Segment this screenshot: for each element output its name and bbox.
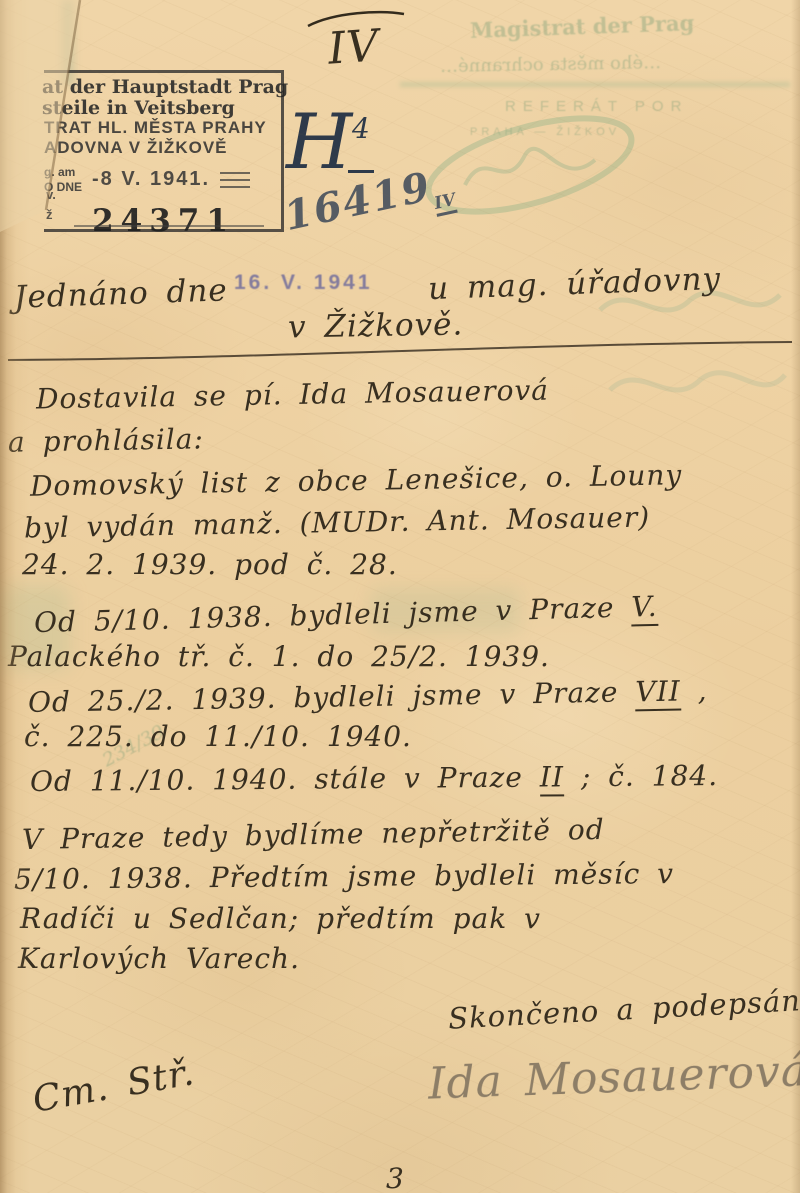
body-p1-line1: Dostavila se pí. Ida Mosauerová [36, 374, 549, 416]
file-mark-dash [348, 170, 374, 173]
file-number-subscript: IV [433, 190, 458, 217]
ghost-referat-text: REFERÁT POR [505, 98, 688, 115]
body-p2-line1: Domovský list z obce Lenešice, o. Louny [30, 458, 683, 502]
closing-statement: Skončeno a podepsáno [447, 982, 800, 1035]
stamp-rule-marks [220, 172, 250, 188]
ghost-fraktur-text: Magistrat der Prag [470, 10, 695, 43]
body-p4-line2: č. 225. do 11./10. 1940. [24, 720, 412, 753]
hearing-date-stamp: 16. V. 1941 [234, 271, 373, 295]
body-p6-line4: Karlových Varech. [18, 942, 300, 975]
file-mark-letter: H [286, 97, 352, 186]
stamp-czech-line2: ADOVNA V ŽIŽKOVĚ [44, 138, 277, 158]
body-p6-line2: 5/10. 1938. Předtím jsme bydleli měsíc v [14, 857, 674, 896]
record-header-pre: Jednáno dne [13, 272, 228, 315]
file-mark-h: H 4 [286, 104, 352, 180]
ghost-mirrored-text: …ého města ochranné… [440, 52, 661, 77]
stamp-fraktur-line1: at der Hauptstadt Prag [42, 77, 277, 98]
stamp-received-date: -8 V. 1941. [92, 168, 210, 191]
stamp-baseline-rule [74, 225, 264, 227]
stamp-czech-line1: TRAT HL. MĚSTA PRAHY [44, 118, 277, 138]
body-p3-line1: Od 5/10. 1938. bydleli jsme v Praze V. [34, 590, 658, 639]
record-header-line2: v Žižkově. [288, 306, 464, 345]
stamp-registry-number: 24371 [50, 203, 277, 239]
body-p6-line1: V Praze tedy bydlíme nepřetržitě od [22, 813, 605, 856]
body-p6-line3: Radíči u Sedlčan; předtím pak v [20, 902, 541, 935]
document-page: Magistrat der Prag …ého města ochranné… … [0, 0, 800, 1193]
record-header-post: u mag. úřadovny [427, 261, 721, 307]
body-p4-line1: Od 25./2. 1939. bydleli jsme v Praze VII… [28, 674, 708, 719]
praha-district-v: V. [631, 590, 658, 627]
stamp-side-initials: v. ž [46, 185, 56, 224]
ghost-address-text: PRAHA — ŽIŽKOV [470, 126, 620, 138]
praha-district-ii: II [540, 760, 564, 796]
body-p5-line: Od 11./10. 1940. stále v Praze II ; č. 1… [30, 759, 718, 798]
page-number: 3 [386, 1162, 405, 1193]
body-p3-line2: Palackého tř. č. 1. do 25/2. 1939. [8, 640, 550, 673]
stamp-fraktur-line2: steile in Veitsberg [42, 98, 277, 119]
roman-numeral: IV [326, 20, 381, 74]
body-p2-line3: 24. 2. 1939. pod č. 28. [22, 548, 398, 581]
clerk-initials: Cm. Stř. [30, 1052, 198, 1121]
file-mark-superscript: 4 [352, 112, 370, 145]
body-p2-line2: byl vydán manž. (MUDr. Ant. Mosauer) [24, 501, 651, 545]
registry-stamp-box: at der Hauptstadt Prag steile in Veitsbe… [44, 70, 284, 232]
praha-district-vii: VII [635, 675, 681, 712]
ghost-smear-line [400, 82, 790, 87]
stamp-date-row: g. am O DNE -8 V. 1941. [50, 165, 277, 195]
body-p1-line2: a prohlásila: [8, 422, 204, 458]
signature: Ida Mosauerová [427, 1045, 800, 1109]
